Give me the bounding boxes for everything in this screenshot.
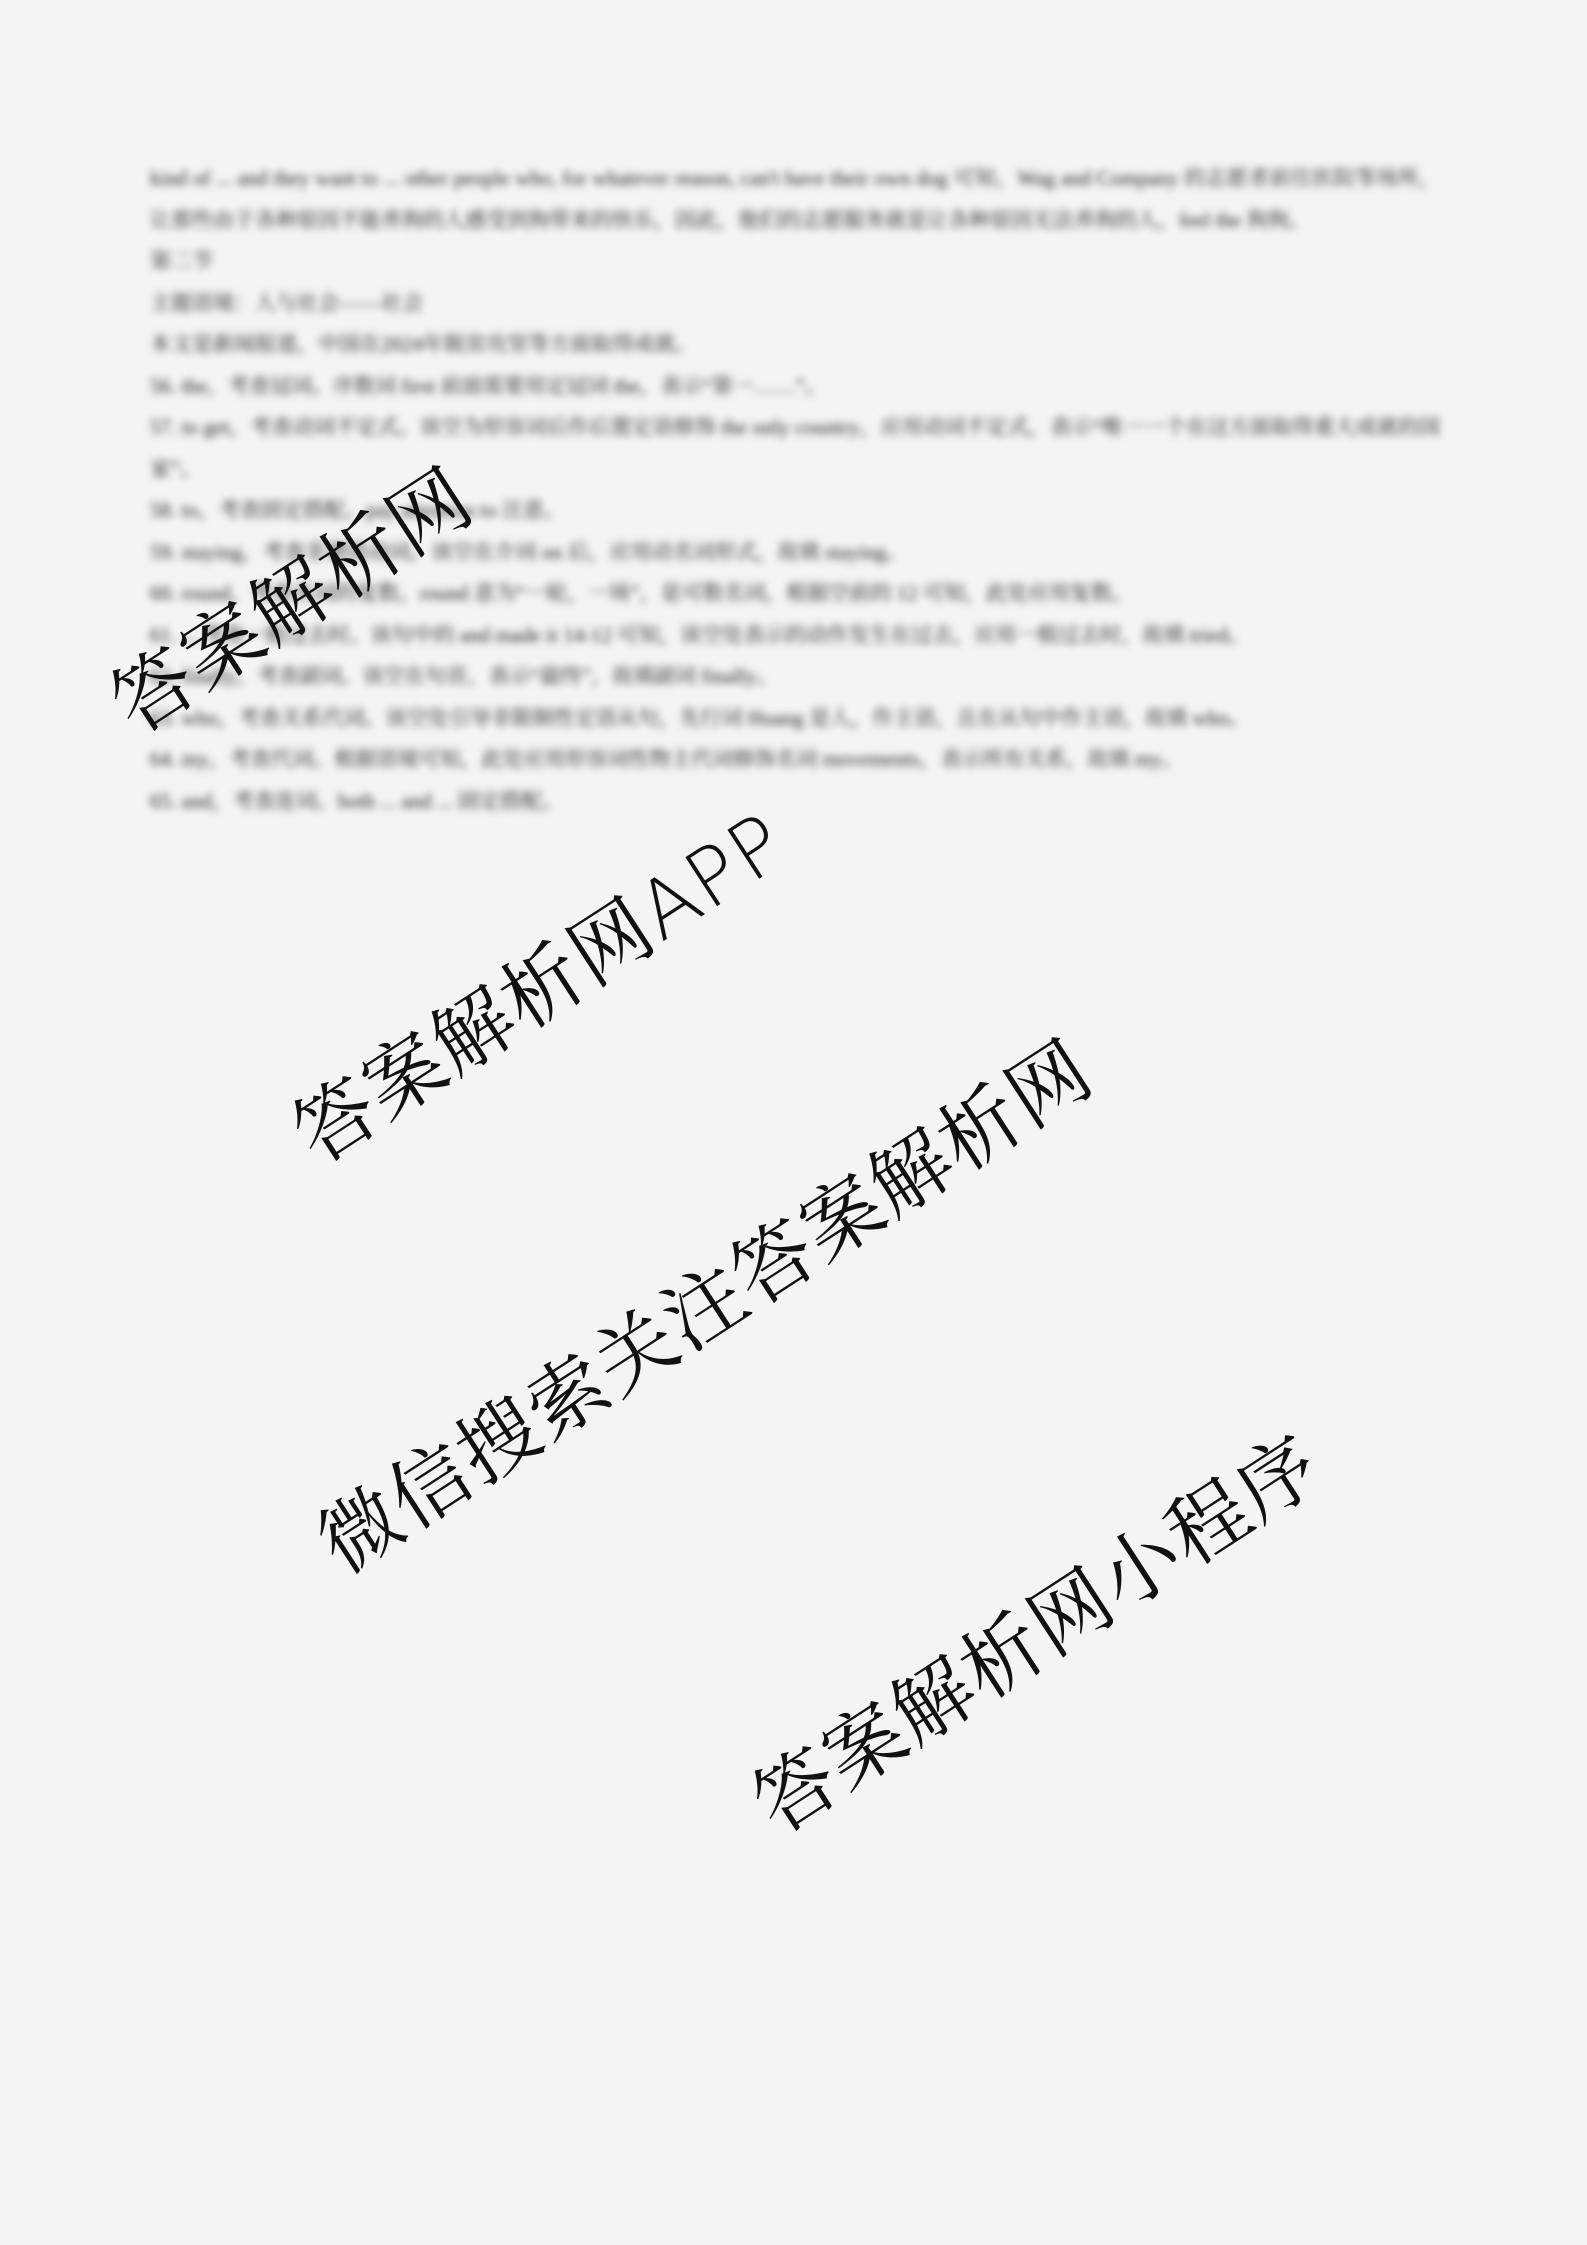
paragraph: 本文是新闻报道，中国在2024年脱贫攻坚等方面取得成就。 [150,324,1440,366]
watermark: 答案解析网APP [267,780,805,1185]
paragraph: 主题语境：人与社会——社会 [150,283,1440,325]
paragraph: 62. finally，考查副词。该空在句首，表示“最终”，故填副词 final… [150,656,1440,698]
paragraph: 56. the，考查冠词。序数词 first 前面需要用定冠词 the，表示“第… [150,366,1440,408]
paragraph: kind of ... and they want to ... other p… [150,158,1440,241]
paragraph: 63. who，考查关系代词。该空处引导非限制性定语从句，先行词 Huang 是… [150,698,1440,740]
paragraph: 57. to get，考查动词不定式。该空为形容词后作后置定语修饰 the on… [150,407,1440,490]
paragraph: 65. and，考查连词。both ... and ... 固定搭配。 [150,781,1440,823]
document-page: kind of ... and they want to ... other p… [0,0,1587,2245]
section-heading: 第二节 [150,241,1440,283]
paragraph: 64. my，考查代词。根据语境可知，此处应用形容词性物主代词修饰名词 move… [150,739,1440,781]
watermark: 答案解析网小程序 [727,1401,1340,1855]
